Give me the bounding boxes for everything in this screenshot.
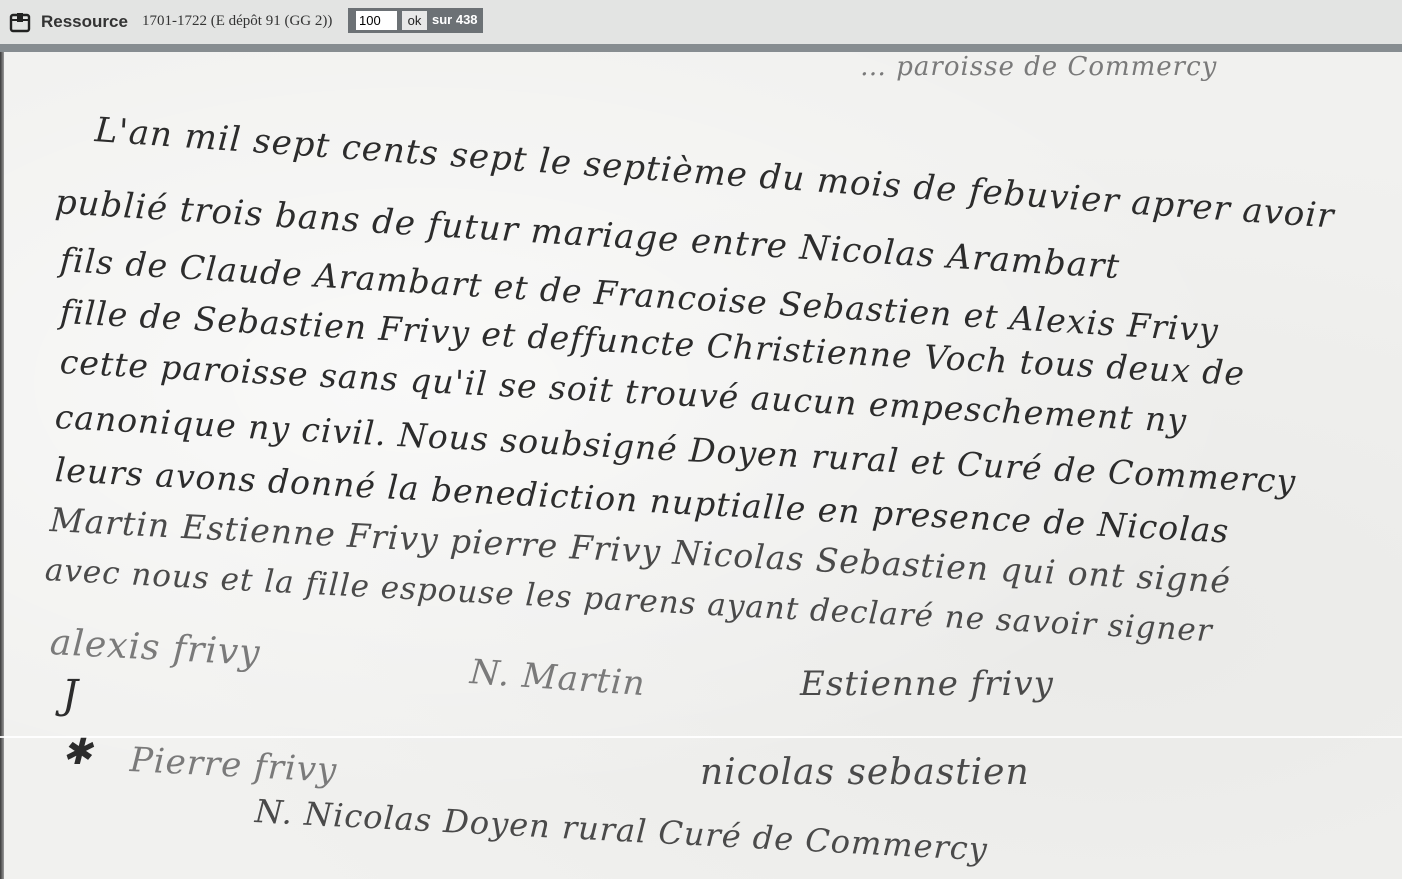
resource-subtitle: 1701-1722 (E dépôt 91 (GG 2)): [142, 13, 332, 30]
signature-mark: ✱: [62, 732, 93, 773]
viewer-header: Ressource 1701-1722 (E dépôt 91 (GG 2)) …: [0, 0, 1402, 44]
signature: nicolas sebastien: [700, 752, 1030, 793]
signature: N. Martin: [469, 652, 647, 704]
scan-border: [0, 52, 4, 879]
signature: Pierre frivy: [129, 740, 338, 791]
signature: N. Nicolas Doyen rural Curé de Commercy: [254, 792, 989, 868]
signature: alexis frivy: [49, 622, 262, 674]
archive-box-icon: [9, 11, 31, 33]
page-number-input[interactable]: [356, 11, 397, 30]
page-total-label: sur 438: [432, 12, 478, 27]
page-navigator: ok sur 438: [348, 8, 483, 33]
handwritten-line: … paroisse de Commercy: [860, 52, 1217, 82]
header-divider: [0, 44, 1402, 52]
scan-seam: [0, 736, 1402, 738]
document-image-viewer[interactable]: … paroisse de CommercyL'an mil sept cent…: [0, 52, 1402, 879]
go-to-page-button[interactable]: ok: [402, 11, 427, 30]
resource-title: Ressource: [41, 12, 128, 32]
signature: Estienne frivy: [800, 664, 1054, 704]
signature-mark: J: [62, 672, 79, 718]
